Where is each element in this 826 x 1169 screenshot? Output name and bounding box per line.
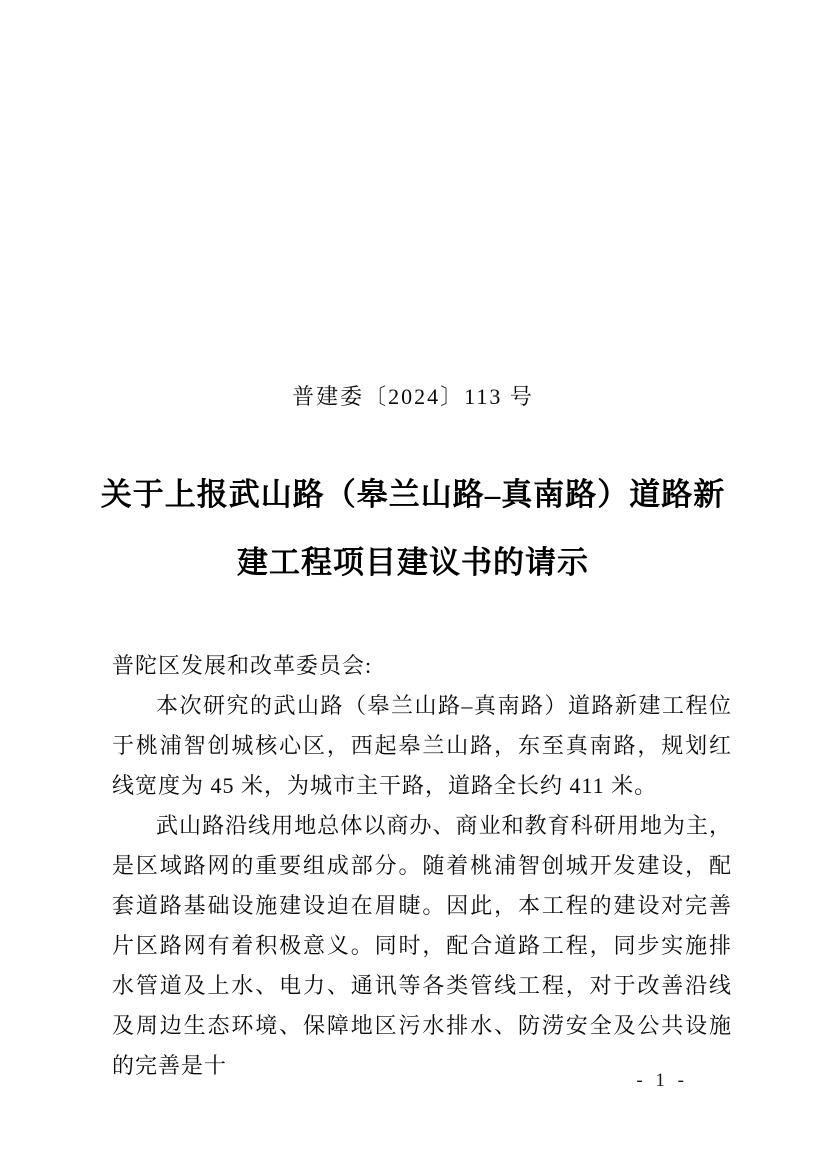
body-paragraph-2: 武山路沿线用地总体以商办、商业和教育科研用地为主，是区域路网的重要组成部分。随着…	[112, 806, 732, 1086]
document-title-line-1: 关于上报武山路（皋兰山路–真南路）道路新	[0, 461, 826, 529]
document-page: 普建委〔2024〕113 号 关于上报武山路（皋兰山路–真南路）道路新 建工程项…	[0, 0, 826, 1169]
salutation: 普陀区发展和改革委员会:	[112, 646, 732, 686]
document-body: 普陀区发展和改革委员会: 本次研究的武山路（皋兰山路–真南路）道路新建工程位于桃…	[112, 646, 732, 1086]
document-title: 关于上报武山路（皋兰山路–真南路）道路新 建工程项目建议书的请示	[0, 461, 826, 597]
document-title-line-2: 建工程项目建议书的请示	[0, 529, 826, 597]
body-paragraph-1: 本次研究的武山路（皋兰山路–真南路）道路新建工程位于桃浦智创城核心区，西起皋兰山…	[112, 686, 732, 806]
document-number: 普建委〔2024〕113 号	[0, 380, 826, 411]
page-number: - 1 -	[636, 1070, 688, 1092]
